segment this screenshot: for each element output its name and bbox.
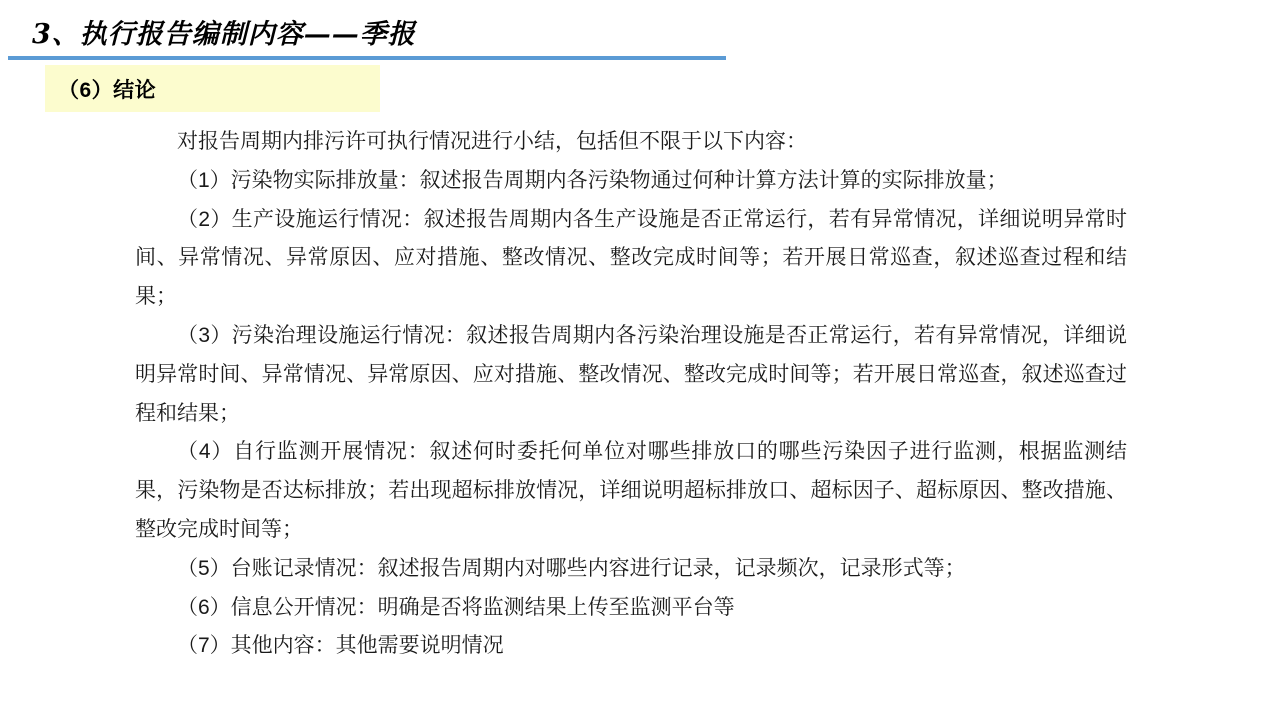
report-item-5: （5）台账记录情况：叙述报告周期内对哪些内容进行记录，记录频次，记录形式等； [135,550,1127,589]
slide-title: 3、执行报告编制内容——季报 [32,12,416,51]
title-underline [8,56,726,60]
report-item-7: （7）其他内容：其他需要说明情况 [135,627,1127,666]
report-item-6: （6）信息公开情况：明确是否将监测结果上传至监测平台等 [135,589,1127,628]
report-item-3: （3）污染治理设施运行情况：叙述报告周期内各污染治理设施是否正常运行，若有异常情… [135,317,1127,433]
section-heading-box: （6）结论 [45,65,380,112]
intro-paragraph: 对报告周期内排污许可执行情况进行小结，包括但不限于以下内容： [135,123,1127,162]
section-heading: （6）结论 [45,74,156,104]
report-item-1: （1）污染物实际排放量：叙述报告周期内各污染物通过何种计算方法计算的实际排放量； [135,162,1127,201]
report-item-4: （4）自行监测开展情况：叙述何时委托何单位对哪些排放口的哪些污染因子进行监测，根… [135,433,1127,549]
report-item-2: （2）生产设施运行情况：叙述报告周期内各生产设施是否正常运行，若有异常情况，详细… [135,201,1127,317]
presentation-slide: 3、执行报告编制内容——季报 （6）结论 对报告周期内排污许可执行情况进行小结，… [0,0,1280,720]
slide-body: 对报告周期内排污许可执行情况进行小结，包括但不限于以下内容： （1）污染物实际排… [135,123,1127,666]
